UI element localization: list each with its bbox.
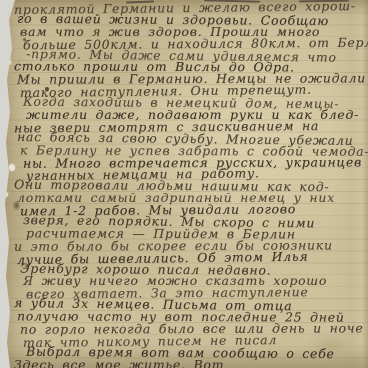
handwritten-line: Здесь все мое житье. Вот [14,359,368,368]
paper-damage-fleck [4,192,8,197]
letter-paper: проклятой Германии и желаю всего хорош-г… [0,0,368,368]
handwriting: проклятой Германии и желаю всего хорош-г… [0,2,368,368]
paper-stain [11,198,22,213]
paper-stain [45,87,49,91]
paper-damage-fleck [9,164,15,171]
scanned-letter-photo: проклятой Германии и желаю всего хорош-г… [0,0,368,368]
paper-damage-fleck [6,59,11,65]
paper-stain [23,38,26,41]
